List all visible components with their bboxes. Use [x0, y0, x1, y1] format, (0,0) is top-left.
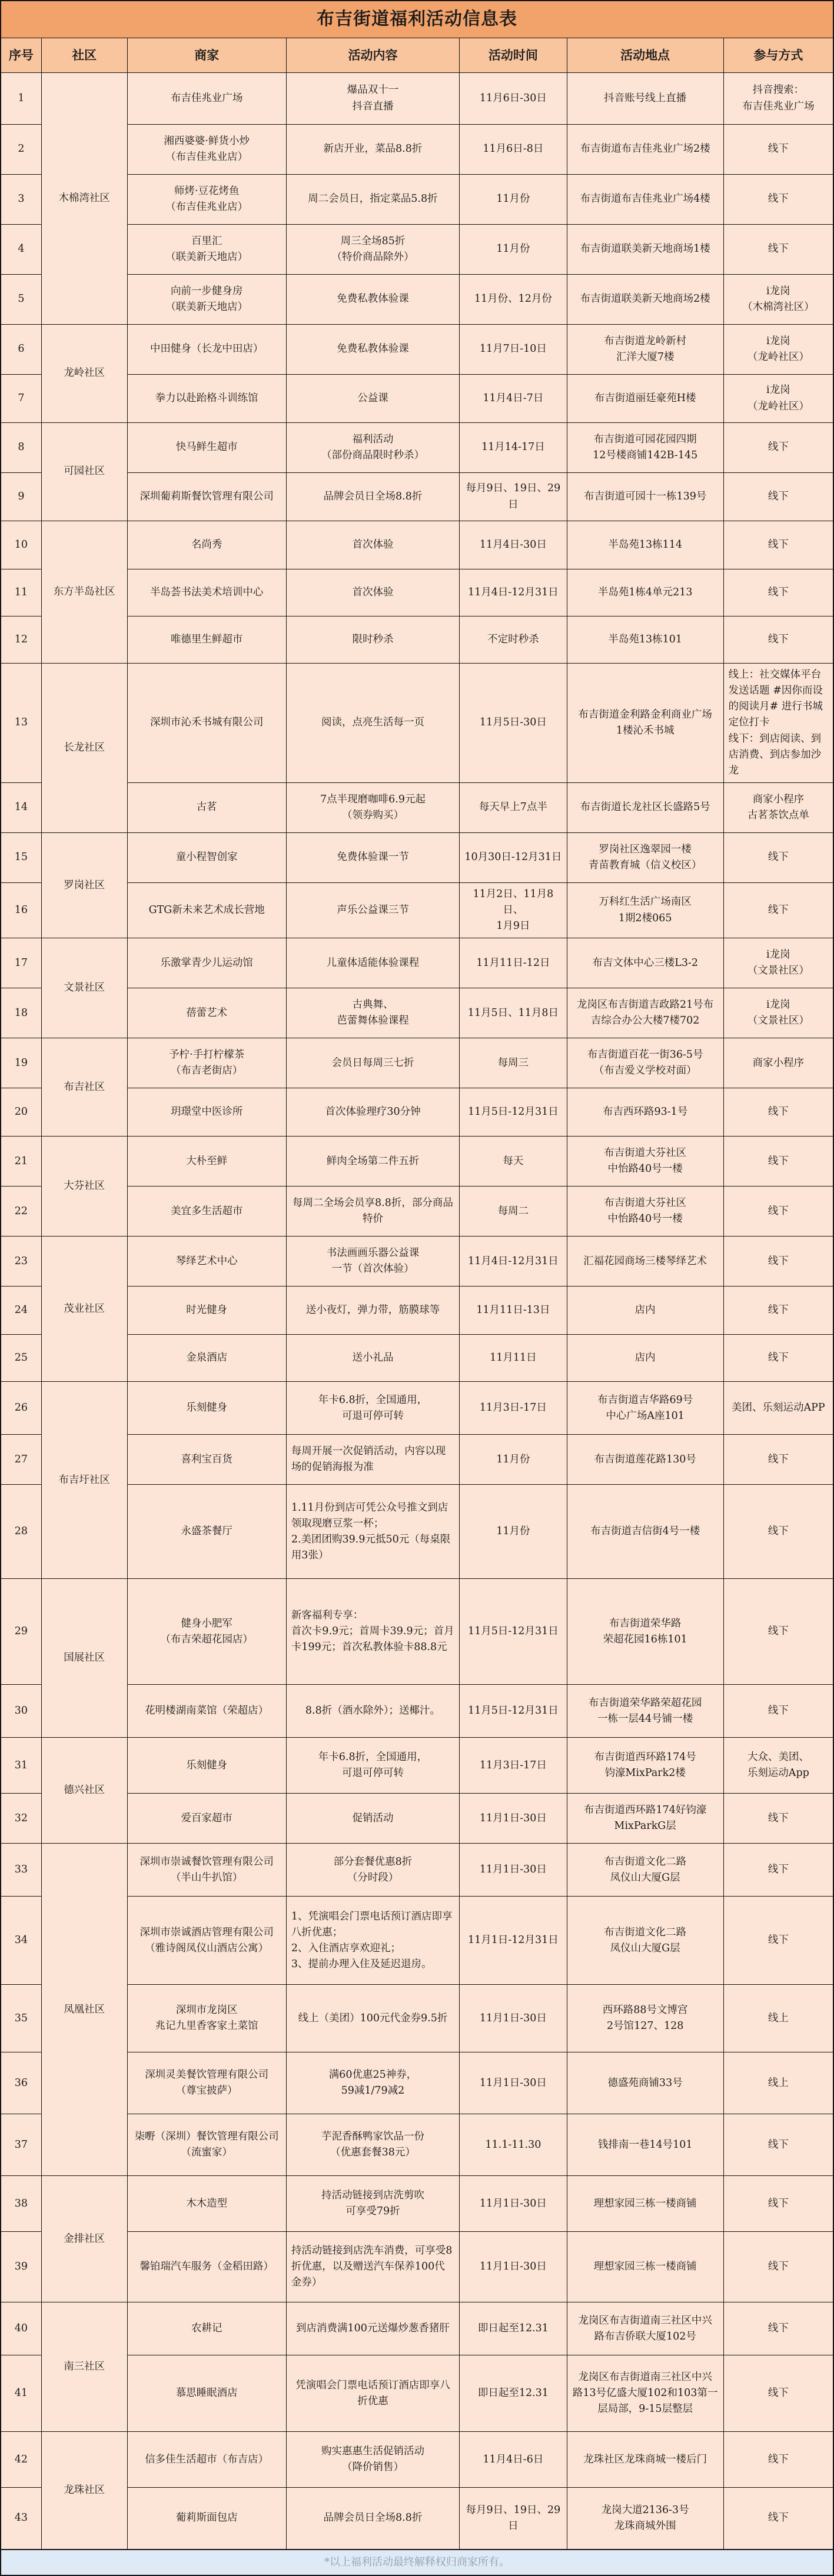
cell-activity-location: 布吉街道西环路174号 钧濠MixPark2楼	[567, 1738, 723, 1794]
table-row: 21大芬社区大朴至鲜鲜肉全场第二件五折每天布吉街道大芬社区 中怡路40号一楼线下	[1, 1137, 833, 1187]
cell-row-number: 8	[1, 423, 41, 473]
cell-participation-method: i龙岗 （木棉湾社区）	[723, 275, 833, 325]
cell-participation-method: 线下	[723, 2176, 833, 2232]
cell-activity-location: 德盛苑商铺33号	[567, 2052, 723, 2114]
cell-activity-content: 限时秒杀	[286, 616, 459, 664]
table-row: 13长龙社区深圳市沁禾书城有限公司阅读，点亮生活每一页11月5日-30日布吉街道…	[1, 664, 833, 783]
cell-activity-time: 11月14-17日	[460, 423, 567, 473]
cell-merchant: 时光健身	[127, 1287, 286, 1335]
cell-participation-method: 线上	[723, 2052, 833, 2114]
cell-community: 布吉社区	[41, 1038, 127, 1137]
table-row: 1木棉湾社区布吉佳兆业广场爆品双十一 抖音直播11月6日-30日抖音账号线上直播…	[1, 73, 833, 125]
cell-activity-location: 布吉街道文化二路 凤仪山大厦G层	[567, 1897, 723, 1985]
cell-merchant: 玥璟堂中医诊所	[127, 1088, 286, 1137]
cell-activity-location: 布吉街道丽廷豪苑H楼	[567, 375, 723, 423]
cell-row-number: 36	[1, 2052, 41, 2114]
cell-merchant: 花明楼湖南菜馆（荣超店）	[127, 1685, 286, 1738]
cell-participation-method: 商家小程序	[723, 1038, 833, 1088]
cell-activity-content: 8.8折（酒水除外）；送椰汁。	[286, 1685, 459, 1738]
cell-participation-method: 线下	[723, 1897, 833, 1985]
cell-row-number: 5	[1, 275, 41, 325]
cell-merchant: 乐刻健身	[127, 1738, 286, 1794]
table-row: 42龙珠社区信多佳生活超市（布吉店）购实惠惠生活促销活动 （降价销售）11月4日…	[1, 2432, 833, 2488]
cell-activity-time: 11月5日-12月31日	[460, 1579, 567, 1685]
cell-activity-location: 布吉街道荣华路荣超花园 一栋一层44号铺一楼	[567, 1685, 723, 1738]
cell-participation-method: 线下	[723, 1237, 833, 1287]
cell-community: 龙岭社区	[41, 325, 127, 423]
cell-participation-method: 抖音搜索： 布吉佳兆业广场	[723, 73, 833, 125]
table-row: 10东方半岛社区名尚秀首次体验11月4日-30日半岛苑13栋114线下	[1, 521, 833, 569]
cell-community: 罗岗社区	[41, 832, 127, 938]
table-row: 40南三社区农耕记到店消费满100元送爆炒葱香猪肝即日起至12.31龙岗区布吉街…	[1, 2302, 833, 2355]
cell-row-number: 9	[1, 473, 41, 521]
cell-community: 南三社区	[41, 2302, 127, 2432]
cell-row-number: 31	[1, 1738, 41, 1794]
cell-activity-location: 半岛苑1栋4单元213	[567, 569, 723, 616]
cell-participation-method: 线下	[723, 2488, 833, 2550]
cell-activity-time: 11月5日、11月8日	[460, 988, 567, 1038]
cell-activity-time: 即日起至12.31	[460, 2355, 567, 2432]
cell-merchant: 向前一步健身房 （联美新天地店）	[127, 275, 286, 325]
cell-activity-location: 万科红生活广场南区 1期2楼065	[567, 882, 723, 938]
cell-participation-method: 线下	[723, 225, 833, 275]
cell-activity-location: 布吉街道大芬社区 中怡路40号一楼	[567, 1187, 723, 1237]
cell-merchant: 爱百家超市	[127, 1794, 286, 1844]
cell-activity-location: 理想家园三栋一楼商铺	[567, 2176, 723, 2232]
cell-row-number: 38	[1, 2176, 41, 2232]
cell-activity-location: 罗岗社区逸翠园一楼 青苗教育城（信义校区）	[567, 832, 723, 882]
cell-activity-content: 年卡6.8折，全国通用， 可退可停可转	[286, 1738, 459, 1794]
cell-row-number: 15	[1, 832, 41, 882]
cell-participation-method: 线上	[723, 1985, 833, 2052]
cell-merchant: 深圳市崇诚餐饮管理有限公司 （半山牛扒馆）	[127, 1844, 286, 1897]
cell-merchant: 葡莉斯面包店	[127, 2488, 286, 2550]
cell-community: 木棉湾社区	[41, 73, 127, 325]
cell-row-number: 20	[1, 1088, 41, 1137]
cell-activity-content: 新店开业，菜品8.8折	[286, 125, 459, 175]
cell-activity-time: 每月9日、19日、29 日	[460, 2488, 567, 2550]
cell-activity-location: 布吉街道布吉佳兆业广场2楼	[567, 125, 723, 175]
cell-participation-method: 线下	[723, 521, 833, 569]
cell-activity-time: 11月份	[460, 175, 567, 225]
cell-activity-time: 11月1日-30日	[460, 2176, 567, 2232]
cell-merchant: 信多佳生活超市（布吉店）	[127, 2432, 286, 2488]
cell-activity-time: 11月3日-17日	[460, 1738, 567, 1794]
column-header-row: 序号社区商家活动内容活动时间活动地点参与方式	[1, 38, 833, 73]
cell-activity-content: 到店消费满100元送爆炒葱香猪肝	[286, 2302, 459, 2355]
cell-community: 凤凰社区	[41, 1844, 127, 2176]
cell-activity-location: 布吉街道布吉佳兆业广场4楼	[567, 175, 723, 225]
cell-community: 德兴社区	[41, 1738, 127, 1844]
cell-participation-method: 线下	[723, 1335, 833, 1382]
cell-activity-content: 1.11月份到店可凭公众号推文到店领取现磨豆浆一杯； 2.美团团购39.9元抵5…	[286, 1485, 459, 1579]
cell-activity-time: 11月份	[460, 1435, 567, 1485]
cell-row-number: 27	[1, 1435, 41, 1485]
cell-activity-time: 11月4日-7日	[460, 375, 567, 423]
cell-activity-location: 布吉街道莲花路130号	[567, 1435, 723, 1485]
cell-row-number: 3	[1, 175, 41, 225]
cell-activity-content: 阅读，点亮生活每一页	[286, 664, 459, 783]
cell-participation-method: 线下	[723, 1435, 833, 1485]
cell-row-number: 32	[1, 1794, 41, 1844]
cell-merchant: 师烤·豆花烤鱼 （布吉佳兆业店）	[127, 175, 286, 225]
cell-activity-time: 每月9日、19日、29 日	[460, 473, 567, 521]
cell-activity-location: 半岛苑13栋101	[567, 616, 723, 664]
cell-activity-location: 龙岗区布吉街道南三社区中兴 路13号亿盛大厦102和103第一 层局部，9-15…	[567, 2355, 723, 2432]
cell-row-number: 17	[1, 938, 41, 988]
cell-activity-content: 持活动链接到店洗剪吹 可享受79折	[286, 2176, 459, 2232]
cell-community: 文景社区	[41, 938, 127, 1038]
cell-participation-method: 线下	[723, 882, 833, 938]
cell-activity-content: 公益课	[286, 375, 459, 423]
cell-activity-time: 11月6日-8日	[460, 125, 567, 175]
cell-activity-time: 11月11日-13日	[460, 1287, 567, 1335]
cell-row-number: 34	[1, 1897, 41, 1985]
cell-activity-content: 爆品双十一 抖音直播	[286, 73, 459, 125]
cell-merchant: 快马鲜生超市	[127, 423, 286, 473]
table-row: 8可园社区快马鲜生超市福利活动 （部份商品限时秒杀）11月14-17日布吉街道可…	[1, 423, 833, 473]
cell-activity-content: 1、凭演唱会门票电话预订酒店即享八折优惠； 2、入住酒店享欢迎礼； 3、提前办理…	[286, 1897, 459, 1985]
cell-participation-method: 大众、美团、 乐刻运动App	[723, 1738, 833, 1794]
cell-merchant: 唯德里生鲜超市	[127, 616, 286, 664]
cell-participation-method: 线下	[723, 2114, 833, 2176]
cell-activity-content: 线上（美团）100元代金券9.5折	[286, 1985, 459, 2052]
title-row: 布吉街道福利活动信息表	[1, 1, 833, 38]
welfare-activity-sheet: 布吉街道福利活动信息表 序号社区商家活动内容活动时间活动地点参与方式 1木棉湾社…	[0, 0, 834, 2576]
cell-activity-location: 布吉街道龙岭新村 汇洋大厦7楼	[567, 325, 723, 375]
cell-activity-content: 品牌会员日全场8.8折	[286, 2488, 459, 2550]
cell-merchant: 喜利宝百货	[127, 1435, 286, 1485]
cell-participation-method: 线下	[723, 1794, 833, 1844]
cell-participation-method: i龙岗 （文景社区）	[723, 988, 833, 1038]
cell-row-number: 41	[1, 2355, 41, 2432]
cell-activity-location: 布吉街道吉信街4号一楼	[567, 1485, 723, 1579]
cell-participation-method: 线下	[723, 175, 833, 225]
cell-row-number: 35	[1, 1985, 41, 2052]
cell-activity-location: 龙珠社区龙珠商城一楼后门	[567, 2432, 723, 2488]
cell-merchant: 湘西婆婆·鲜货小炒 （布吉佳兆业店）	[127, 125, 286, 175]
cell-activity-time: 11月份、12月份	[460, 275, 567, 325]
cell-participation-method: 线下	[723, 616, 833, 664]
cell-participation-method: 商家小程序 古茗茶饮点单	[723, 782, 833, 832]
cell-activity-location: 龙岗区布吉街道吉政路21号布 吉综合办公大楼7楼702	[567, 988, 723, 1038]
cell-participation-method: 线下	[723, 1579, 833, 1685]
cell-merchant: 美宜多生活超市	[127, 1187, 286, 1237]
cell-participation-method: 线下	[723, 1088, 833, 1137]
cell-participation-method: 线下	[723, 569, 833, 616]
cell-activity-location: 店内	[567, 1287, 723, 1335]
cell-row-number: 1	[1, 73, 41, 125]
cell-activity-location: 布吉街道百花一街36-5号 （布吉爱义学校对面）	[567, 1038, 723, 1088]
table-row: 19布吉社区予柠·手打柠檬茶 （布吉老街店）会员日每周三七折每周三布吉街道百花一…	[1, 1038, 833, 1088]
table-row: 31德兴社区乐刻健身年卡6.8折，全国通用， 可退可停可转11月3日-17日布吉…	[1, 1738, 833, 1794]
cell-activity-location: 布吉街道联美新天地商场1楼	[567, 225, 723, 275]
cell-activity-content: 芋泥香酥鸭家饮品一份 （优惠套餐38元）	[286, 2114, 459, 2176]
table-row: 6龙岭社区中田健身（长龙中田店）免费私教体验课11月7日-10日布吉街道龙岭新村…	[1, 325, 833, 375]
cell-activity-content: 满60优惠25神券， 59减1/79减2	[286, 2052, 459, 2114]
cell-activity-time: 每周二	[460, 1187, 567, 1237]
cell-row-number: 29	[1, 1579, 41, 1685]
cell-activity-time: 11月份	[460, 1485, 567, 1579]
cell-activity-content: 古典舞、 芭蕾舞体验课程	[286, 988, 459, 1038]
cell-activity-content: 持活动链接到店洗车消费，可享受8折优惠，以及赠送汽车保养100代金券）	[286, 2232, 459, 2302]
table-row: 38金排社区木木造型持活动链接到店洗剪吹 可享受79折11月1日-30日理想家园…	[1, 2176, 833, 2232]
cell-row-number: 4	[1, 225, 41, 275]
cell-activity-content: 福利活动 （部份商品限时秒杀）	[286, 423, 459, 473]
cell-participation-method: 线下	[723, 2432, 833, 2488]
cell-activity-content: 声乐公益课三节	[286, 882, 459, 938]
cell-activity-location: 理想家园三栋一楼商铺	[567, 2232, 723, 2302]
cell-activity-time: 每天早上7点半	[460, 782, 567, 832]
cell-activity-time: 不定时秒杀	[460, 616, 567, 664]
cell-community: 可园社区	[41, 423, 127, 521]
cell-merchant: 蓓蕾艺术	[127, 988, 286, 1038]
table-row: 26布吉圩社区乐刻健身年卡6.8折，全国通用， 可退可停可转11月3日-17日布…	[1, 1382, 833, 1435]
cell-activity-time: 即日起至12.31	[460, 2302, 567, 2355]
column-header-4: 活动时间	[460, 38, 567, 73]
cell-activity-location: 布吉街道荣华路 荣超花园16栋101	[567, 1579, 723, 1685]
cell-merchant: 深圳市龙岗区 兆记九里香客家土菜馆	[127, 1985, 286, 2052]
cell-activity-content: 每周开展一次促销活动，内容以现场的促销海报为准	[286, 1435, 459, 1485]
cell-merchant: 深圳葡莉斯餐饮管理有限公司	[127, 473, 286, 521]
cell-activity-content: 品牌会员日全场8.8折	[286, 473, 459, 521]
cell-activity-content: 新客福利专享： 首次卡9.9元；首周卡39.9元；首月卡199元；首次私教体验卡…	[286, 1579, 459, 1685]
cell-activity-location: 布吉街道长龙社区长盛路5号	[567, 782, 723, 832]
welfare-activity-table: 布吉街道福利活动信息表 序号社区商家活动内容活动时间活动地点参与方式 1木棉湾社…	[0, 0, 834, 2576]
cell-merchant: 予柠·手打柠檬茶 （布吉老街店）	[127, 1038, 286, 1088]
cell-row-number: 23	[1, 1237, 41, 1287]
cell-activity-time: 11月11日	[460, 1335, 567, 1382]
page-title: 布吉街道福利活动信息表	[1, 1, 833, 38]
table-row: 33凤凰社区深圳市崇诚餐饮管理有限公司 （半山牛扒馆）部分套餐优惠8折 （分时段…	[1, 1844, 833, 1897]
cell-row-number: 21	[1, 1137, 41, 1187]
cell-activity-time: 11月11日-12日	[460, 938, 567, 988]
cell-merchant: 琴绎艺术中心	[127, 1237, 286, 1287]
cell-activity-time: 11月份	[460, 225, 567, 275]
cell-row-number: 43	[1, 2488, 41, 2550]
cell-activity-location: 抖音账号线上直播	[567, 73, 723, 125]
cell-participation-method: 线下	[723, 1137, 833, 1187]
column-header-5: 活动地点	[567, 38, 723, 73]
cell-activity-time: 11月3日-17日	[460, 1382, 567, 1435]
cell-merchant: GTG新未来艺术成长营地	[127, 882, 286, 938]
cell-row-number: 18	[1, 988, 41, 1038]
cell-merchant: 深圳市沁禾书城有限公司	[127, 664, 286, 783]
cell-row-number: 13	[1, 664, 41, 783]
cell-activity-time: 11月1日-30日	[460, 2232, 567, 2302]
cell-activity-content: 周三全场85折 （特价商品除外）	[286, 225, 459, 275]
cell-participation-method: 线下	[723, 1485, 833, 1579]
cell-community: 长龙社区	[41, 664, 127, 833]
cell-participation-method: 线下	[723, 473, 833, 521]
cell-row-number: 40	[1, 2302, 41, 2355]
cell-activity-content: 首次体验	[286, 521, 459, 569]
cell-activity-content: 促销活动	[286, 1794, 459, 1844]
cell-activity-content: 7点半现磨咖啡6.9元起 （领券购买）	[286, 782, 459, 832]
cell-merchant: 拳力以赴跆格斗训练馆	[127, 375, 286, 423]
cell-row-number: 30	[1, 1685, 41, 1738]
cell-activity-content: 每周二全场会员享8.8折，部分商品特价	[286, 1187, 459, 1237]
cell-activity-location: 布吉西环路93-1号	[567, 1088, 723, 1137]
cell-activity-location: 半岛苑13栋114	[567, 521, 723, 569]
cell-community: 大芬社区	[41, 1137, 127, 1237]
cell-merchant: 柒嘢（深圳）餐饮管理有限公司（流蜜家）	[127, 2114, 286, 2176]
cell-activity-location: 布吉街道文化二路 凤仪山大厦G层	[567, 1844, 723, 1897]
column-header-6: 参与方式	[723, 38, 833, 73]
cell-activity-content: 部分套餐优惠8折 （分时段）	[286, 1844, 459, 1897]
footer-row: *以上福利活动最终解释权归商家所有。	[1, 2550, 833, 2575]
cell-merchant: 乐激掌青少儿运动馆	[127, 938, 286, 988]
cell-activity-content: 周二会员日，指定菜品5.8折	[286, 175, 459, 225]
cell-merchant: 健身小肥军 （布吉荣超花园店）	[127, 1579, 286, 1685]
cell-activity-time: 11月4日-12月31日	[460, 569, 567, 616]
cell-row-number: 42	[1, 2432, 41, 2488]
cell-merchant: 百里汇 （联美新天地店）	[127, 225, 286, 275]
footer-note: *以上福利活动最终解释权归商家所有。	[1, 2550, 833, 2575]
cell-activity-time: 11月6日-30日	[460, 73, 567, 125]
cell-row-number: 25	[1, 1335, 41, 1382]
cell-participation-method: 线下	[723, 2232, 833, 2302]
table-row: 29国展社区健身小肥军 （布吉荣超花园店）新客福利专享： 首次卡9.9元；首周卡…	[1, 1579, 833, 1685]
column-header-2: 商家	[127, 38, 286, 73]
cell-activity-content: 免费私教体验课	[286, 325, 459, 375]
cell-activity-location: 布吉街道可园十一栋139号	[567, 473, 723, 521]
cell-participation-method: 线下	[723, 2302, 833, 2355]
cell-activity-time: 11月5日-30日	[460, 664, 567, 783]
cell-merchant: 金泉酒店	[127, 1335, 286, 1382]
cell-participation-method: 线下	[723, 125, 833, 175]
cell-activity-location: 布吉街道大芬社区 中怡路40号一楼	[567, 1137, 723, 1187]
cell-activity-location: 布吉街道联美新天地商场2楼	[567, 275, 723, 325]
cell-merchant: 慕思睡眠酒店	[127, 2355, 286, 2432]
cell-activity-time: 11月1日-30日	[460, 1794, 567, 1844]
column-header-3: 活动内容	[286, 38, 459, 73]
cell-activity-content: 书法画画乐器公益课 一节（首次体验）	[286, 1237, 459, 1287]
cell-row-number: 37	[1, 2114, 41, 2176]
cell-merchant: 馨铂瑞汽车服务（金稻田路）	[127, 2232, 286, 2302]
cell-merchant: 深圳市崇诚酒店管理有限公司 （雅诗阁凤仪山酒店公寓）	[127, 1897, 286, 1985]
cell-activity-location: 布吉街道金利路金利商业广场 1楼沁禾书城	[567, 664, 723, 783]
cell-participation-method: 线下	[723, 1187, 833, 1237]
cell-activity-location: 布吉街道吉华路69号 中心广场A座101	[567, 1382, 723, 1435]
cell-community: 国展社区	[41, 1579, 127, 1738]
cell-merchant: 名尚秀	[127, 521, 286, 569]
cell-activity-time: 11月4日-12月31日	[460, 1237, 567, 1287]
cell-activity-content: 购实惠惠生活促销活动 （降价销售）	[286, 2432, 459, 2488]
cell-merchant: 农耕记	[127, 2302, 286, 2355]
cell-activity-location: 布吉街道可园花园四期 12号楼商铺142B-145	[567, 423, 723, 473]
column-header-0: 序号	[1, 38, 41, 73]
table-row: 23茂业社区琴绎艺术中心书法画画乐器公益课 一节（首次体验）11月4日-12月3…	[1, 1237, 833, 1287]
cell-activity-time: 11月4日-6日	[460, 2432, 567, 2488]
cell-activity-time: 11月7日-10日	[460, 325, 567, 375]
cell-activity-content: 首次体验理疗30分钟	[286, 1088, 459, 1137]
cell-merchant: 布吉佳兆业广场	[127, 73, 286, 125]
cell-row-number: 28	[1, 1485, 41, 1579]
cell-row-number: 7	[1, 375, 41, 423]
cell-merchant: 木木造型	[127, 2176, 286, 2232]
cell-participation-method: i龙岗 （文景社区）	[723, 938, 833, 988]
cell-activity-content: 免费私教体验课	[286, 275, 459, 325]
cell-merchant: 半岛荟书法美术培训中心	[127, 569, 286, 616]
cell-activity-content: 送小礼品	[286, 1335, 459, 1382]
cell-community: 龙珠社区	[41, 2432, 127, 2550]
cell-activity-content: 凭演唱会门票电话预订酒店即享八折优惠	[286, 2355, 459, 2432]
cell-row-number: 26	[1, 1382, 41, 1435]
cell-activity-time: 11月5日-12月31日	[460, 1685, 567, 1738]
cell-activity-content: 免费体验课一节	[286, 832, 459, 882]
cell-row-number: 11	[1, 569, 41, 616]
cell-merchant: 古茗	[127, 782, 286, 832]
cell-community: 茂业社区	[41, 1237, 127, 1382]
cell-activity-time: 11月1日-30日	[460, 1844, 567, 1897]
cell-participation-method: 线下	[723, 1685, 833, 1738]
cell-activity-content: 首次体验	[286, 569, 459, 616]
cell-row-number: 2	[1, 125, 41, 175]
column-header-1: 社区	[41, 38, 127, 73]
cell-row-number: 24	[1, 1287, 41, 1335]
cell-merchant: 永盛茶餐厅	[127, 1485, 286, 1579]
cell-participation-method: 线下	[723, 1287, 833, 1335]
cell-activity-content: 鲜肉全场第二件五折	[286, 1137, 459, 1187]
cell-activity-location: 汇福花园商场三楼琴绎艺术	[567, 1237, 723, 1287]
cell-participation-method: 线下	[723, 423, 833, 473]
cell-row-number: 16	[1, 882, 41, 938]
cell-row-number: 14	[1, 782, 41, 832]
cell-community: 东方半岛社区	[41, 521, 127, 664]
cell-activity-content: 送小夜灯，弹力带，筋膜球等	[286, 1287, 459, 1335]
cell-participation-method: 线下	[723, 1844, 833, 1897]
cell-activity-location: 布吉文体中心三楼L3-2	[567, 938, 723, 988]
cell-row-number: 19	[1, 1038, 41, 1088]
cell-row-number: 22	[1, 1187, 41, 1237]
cell-merchant: 大朴至鲜	[127, 1137, 286, 1187]
cell-community: 金排社区	[41, 2176, 127, 2302]
cell-activity-time: 11月5日-12月31日	[460, 1088, 567, 1137]
cell-activity-location: 店内	[567, 1335, 723, 1382]
cell-row-number: 39	[1, 2232, 41, 2302]
cell-activity-time: 10月30日-12月31日	[460, 832, 567, 882]
cell-participation-method: 美团、乐刻运动APP	[723, 1382, 833, 1435]
cell-participation-method: 线下	[723, 832, 833, 882]
cell-participation-method: 线上：社交媒体平台发送话题 #因你而设的阅读月# 进行书城定位打卡 线下：到店阅…	[723, 664, 833, 783]
cell-activity-location: 龙岗大道2136-3号 龙珠商城外围	[567, 2488, 723, 2550]
cell-activity-location: 龙岗区布吉街道南三社区中兴 路布吉侨联大厦102号	[567, 2302, 723, 2355]
cell-row-number: 33	[1, 1844, 41, 1897]
cell-activity-time: 11月2日、11月8日、 1月9日	[460, 882, 567, 938]
table-row: 17文景社区乐激掌青少儿运动馆儿童体适能体验课程11月11日-12日布吉文体中心…	[1, 938, 833, 988]
cell-row-number: 12	[1, 616, 41, 664]
cell-merchant: 深圳灵美餐饮管理有限公司 （尊宝披萨）	[127, 2052, 286, 2114]
cell-activity-location: 布吉街道西环路174好钧濠 MixParkG层	[567, 1794, 723, 1844]
cell-activity-time: 每周三	[460, 1038, 567, 1088]
cell-activity-content: 会员日每周三七折	[286, 1038, 459, 1088]
cell-activity-time: 每天	[460, 1137, 567, 1187]
table-row: 15罗岗社区童小程智创家免费体验课一节10月30日-12月31日罗岗社区逸翠园一…	[1, 832, 833, 882]
cell-merchant: 童小程智创家	[127, 832, 286, 882]
cell-participation-method: i龙岗 （龙岭社区）	[723, 325, 833, 375]
cell-activity-location: 西环路88号文博宫 2号馆127、128	[567, 1985, 723, 2052]
cell-activity-time: 11.1-11.30	[460, 2114, 567, 2176]
cell-activity-time: 11月1日-30日	[460, 2052, 567, 2114]
cell-activity-content: 儿童体适能体验课程	[286, 938, 459, 988]
cell-merchant: 中田健身（长龙中田店）	[127, 325, 286, 375]
cell-activity-time: 11月4日-30日	[460, 521, 567, 569]
cell-participation-method: i龙岗 （龙岭社区）	[723, 375, 833, 423]
cell-activity-time: 11月1日-12月31日	[460, 1897, 567, 1985]
cell-row-number: 10	[1, 521, 41, 569]
cell-merchant: 乐刻健身	[127, 1382, 286, 1435]
